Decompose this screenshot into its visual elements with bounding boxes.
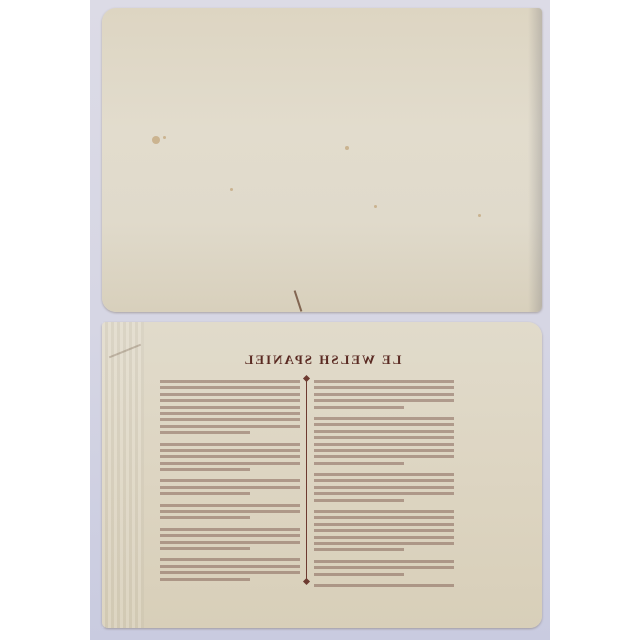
foxing-spot bbox=[152, 136, 160, 144]
foxing-spot bbox=[230, 188, 233, 191]
foxing-spot bbox=[374, 205, 377, 208]
top-paper-sheet bbox=[102, 8, 542, 312]
mirrored-title: LE WELSH SPANIEL bbox=[102, 352, 542, 368]
text-column-left bbox=[160, 380, 300, 580]
text-column-right bbox=[314, 380, 454, 580]
column-divider bbox=[306, 378, 307, 582]
bottom-paper-sheet: LE WELSH SPANIEL bbox=[102, 322, 542, 628]
foxing-spot bbox=[345, 146, 349, 150]
foxing-spot bbox=[163, 136, 166, 139]
foxing-spot bbox=[478, 214, 481, 217]
